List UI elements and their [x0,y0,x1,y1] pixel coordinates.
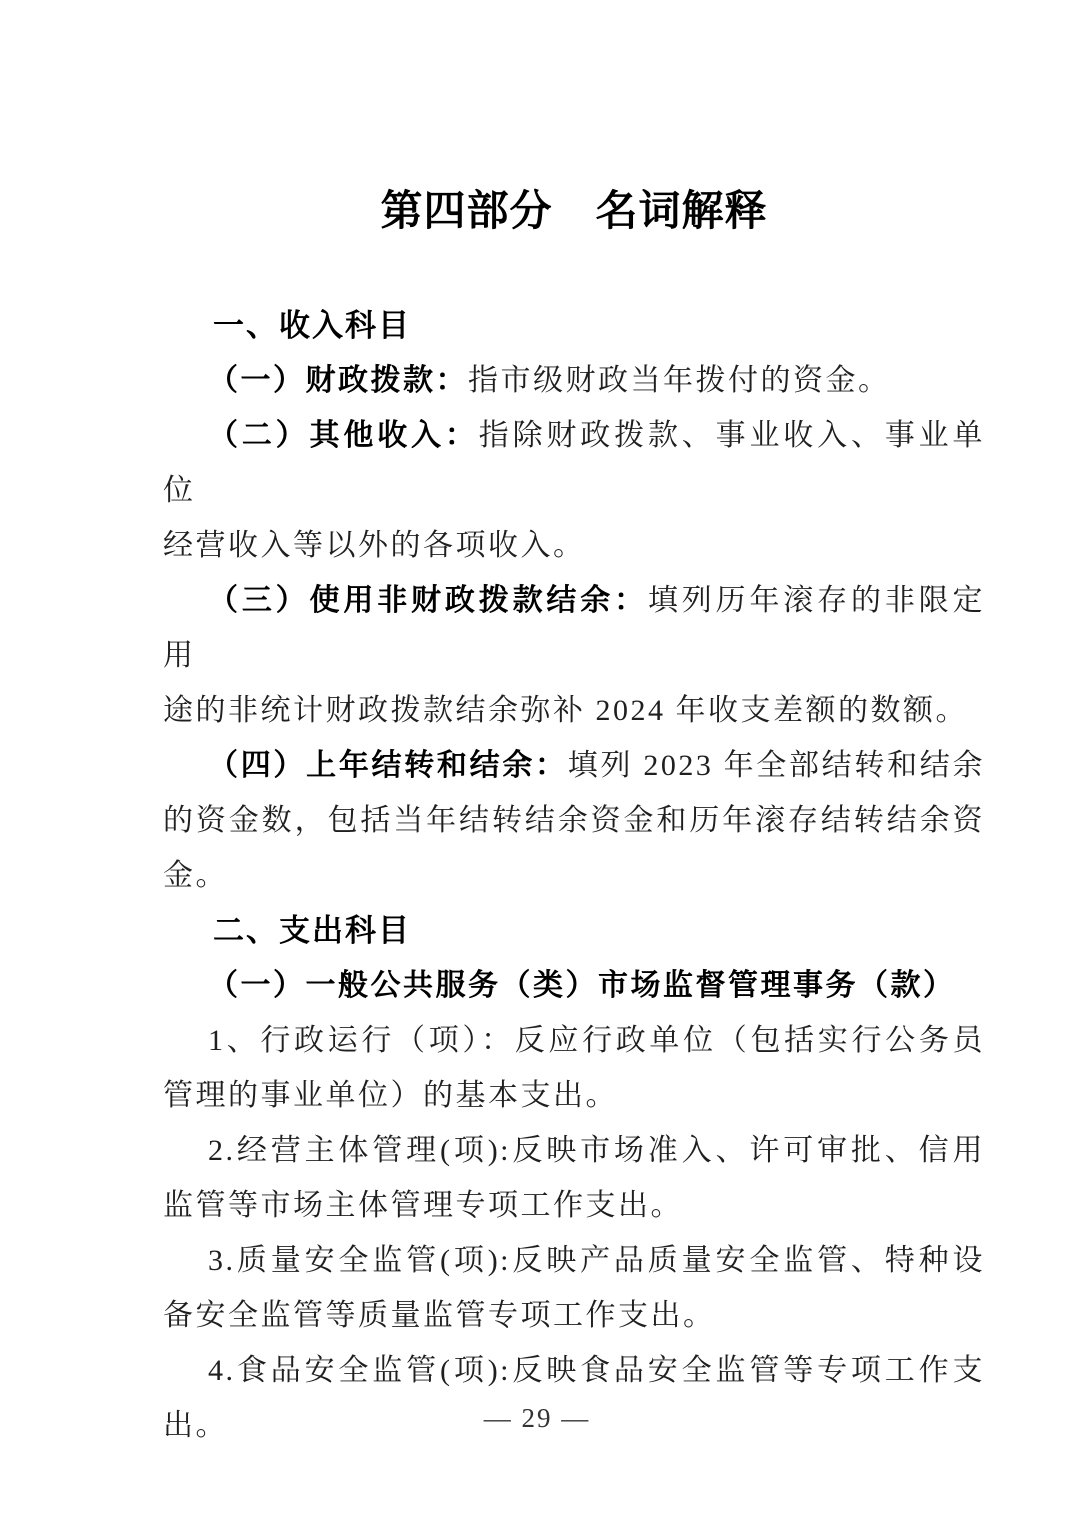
text-line: 4.食品安全监管(项):反映食品安全监管等专项工作支 [163,1343,985,1398]
text-line: 金。 [163,848,985,903]
text-line: 监管等市场主体管理专项工作支出。 [163,1178,985,1233]
paragraph-text: 指市级财政当年拨付的资金。 [468,364,891,397]
text-line: （一）财政拨款：指市级财政当年拨付的资金。 [163,353,985,408]
paragraph-text: 填列 2023 年全部结转和结余 [568,749,985,782]
document-content: 第四部分 名词解释 一、收入科目 （一）财政拨款：指市级财政当年拨付的资金。 （… [163,0,985,1453]
paragraph-expense-subheading: （一）一般公共服务（类）市场监督管理事务（款） [163,958,985,1013]
text-line: 管理的事业单位）的基本支出。 [163,1068,985,1123]
text-line: 途的非统计财政拨款结余弥补 2024 年收支差额的数额。 [163,683,985,738]
document-page: 第四部分 名词解释 一、收入科目 （一）财政拨款：指市级财政当年拨付的资金。 （… [0,0,1074,1520]
page-number: — 29 — [0,1402,1074,1434]
text-line: 3.质量安全监管(项):反映产品质量安全监管、特种设 [163,1233,985,1288]
section-heading-income: 一、收入科目 [163,298,985,353]
text-line: （二）其他收入：指除财政拨款、事业收入、事业单位 [163,408,985,518]
paragraph-lead: （二）其他收入： [208,419,479,452]
paragraph-fiscal-appropriation: （一）财政拨款：指市级财政当年拨付的资金。 [163,353,985,408]
paragraph-carryover: （四）上年结转和结余：填列 2023 年全部结转和结余 的资金数，包括当年结转结… [163,738,985,903]
paragraph-lead: （一）财政拨款： [208,364,468,397]
paragraph-other-income: （二）其他收入：指除财政拨款、事业收入、事业单位 经营收入等以外的各项收入。 [163,408,985,573]
paragraph-food-safety: 4.食品安全监管(项):反映食品安全监管等专项工作支 出。 [163,1343,985,1453]
paragraph-nonfiscal-surplus: （三）使用非财政拨款结余：填列历年滚存的非限定用 途的非统计财政拨款结余弥补 2… [163,573,985,738]
text-line: 经营收入等以外的各项收入。 [163,518,985,573]
text-line: 备安全监管等质量监管专项工作支出。 [163,1288,985,1343]
text-line: 2.经营主体管理(项):反映市场准入、许可审批、信用 [163,1123,985,1178]
text-line: 1、行政运行（项）：反应行政单位（包括实行公务员 [163,1013,985,1068]
text-line: （一）一般公共服务（类）市场监督管理事务（款） [163,958,985,1013]
paragraph-quality-safety: 3.质量安全监管(项):反映产品质量安全监管、特种设 备安全监管等质量监管专项工… [163,1233,985,1343]
section-heading-expense: 二、支出科目 [163,903,985,958]
paragraph-business-entity: 2.经营主体管理(项):反映市场准入、许可审批、信用 监管等市场主体管理专项工作… [163,1123,985,1233]
text-line: （四）上年结转和结余：填列 2023 年全部结转和结余 [163,738,985,793]
paragraph-lead: （三）使用非财政拨款结余： [208,584,648,617]
page-title: 第四部分 名词解释 [163,186,985,238]
paragraph-lead: （四）上年结转和结余： [208,749,568,782]
paragraph-admin-operation: 1、行政运行（项）：反应行政单位（包括实行公务员 管理的事业单位）的基本支出。 [163,1013,985,1123]
text-line: 的资金数，包括当年结转结余资金和历年滚存结转结余资 [163,793,985,848]
text-line: （三）使用非财政拨款结余：填列历年滚存的非限定用 [163,573,985,683]
